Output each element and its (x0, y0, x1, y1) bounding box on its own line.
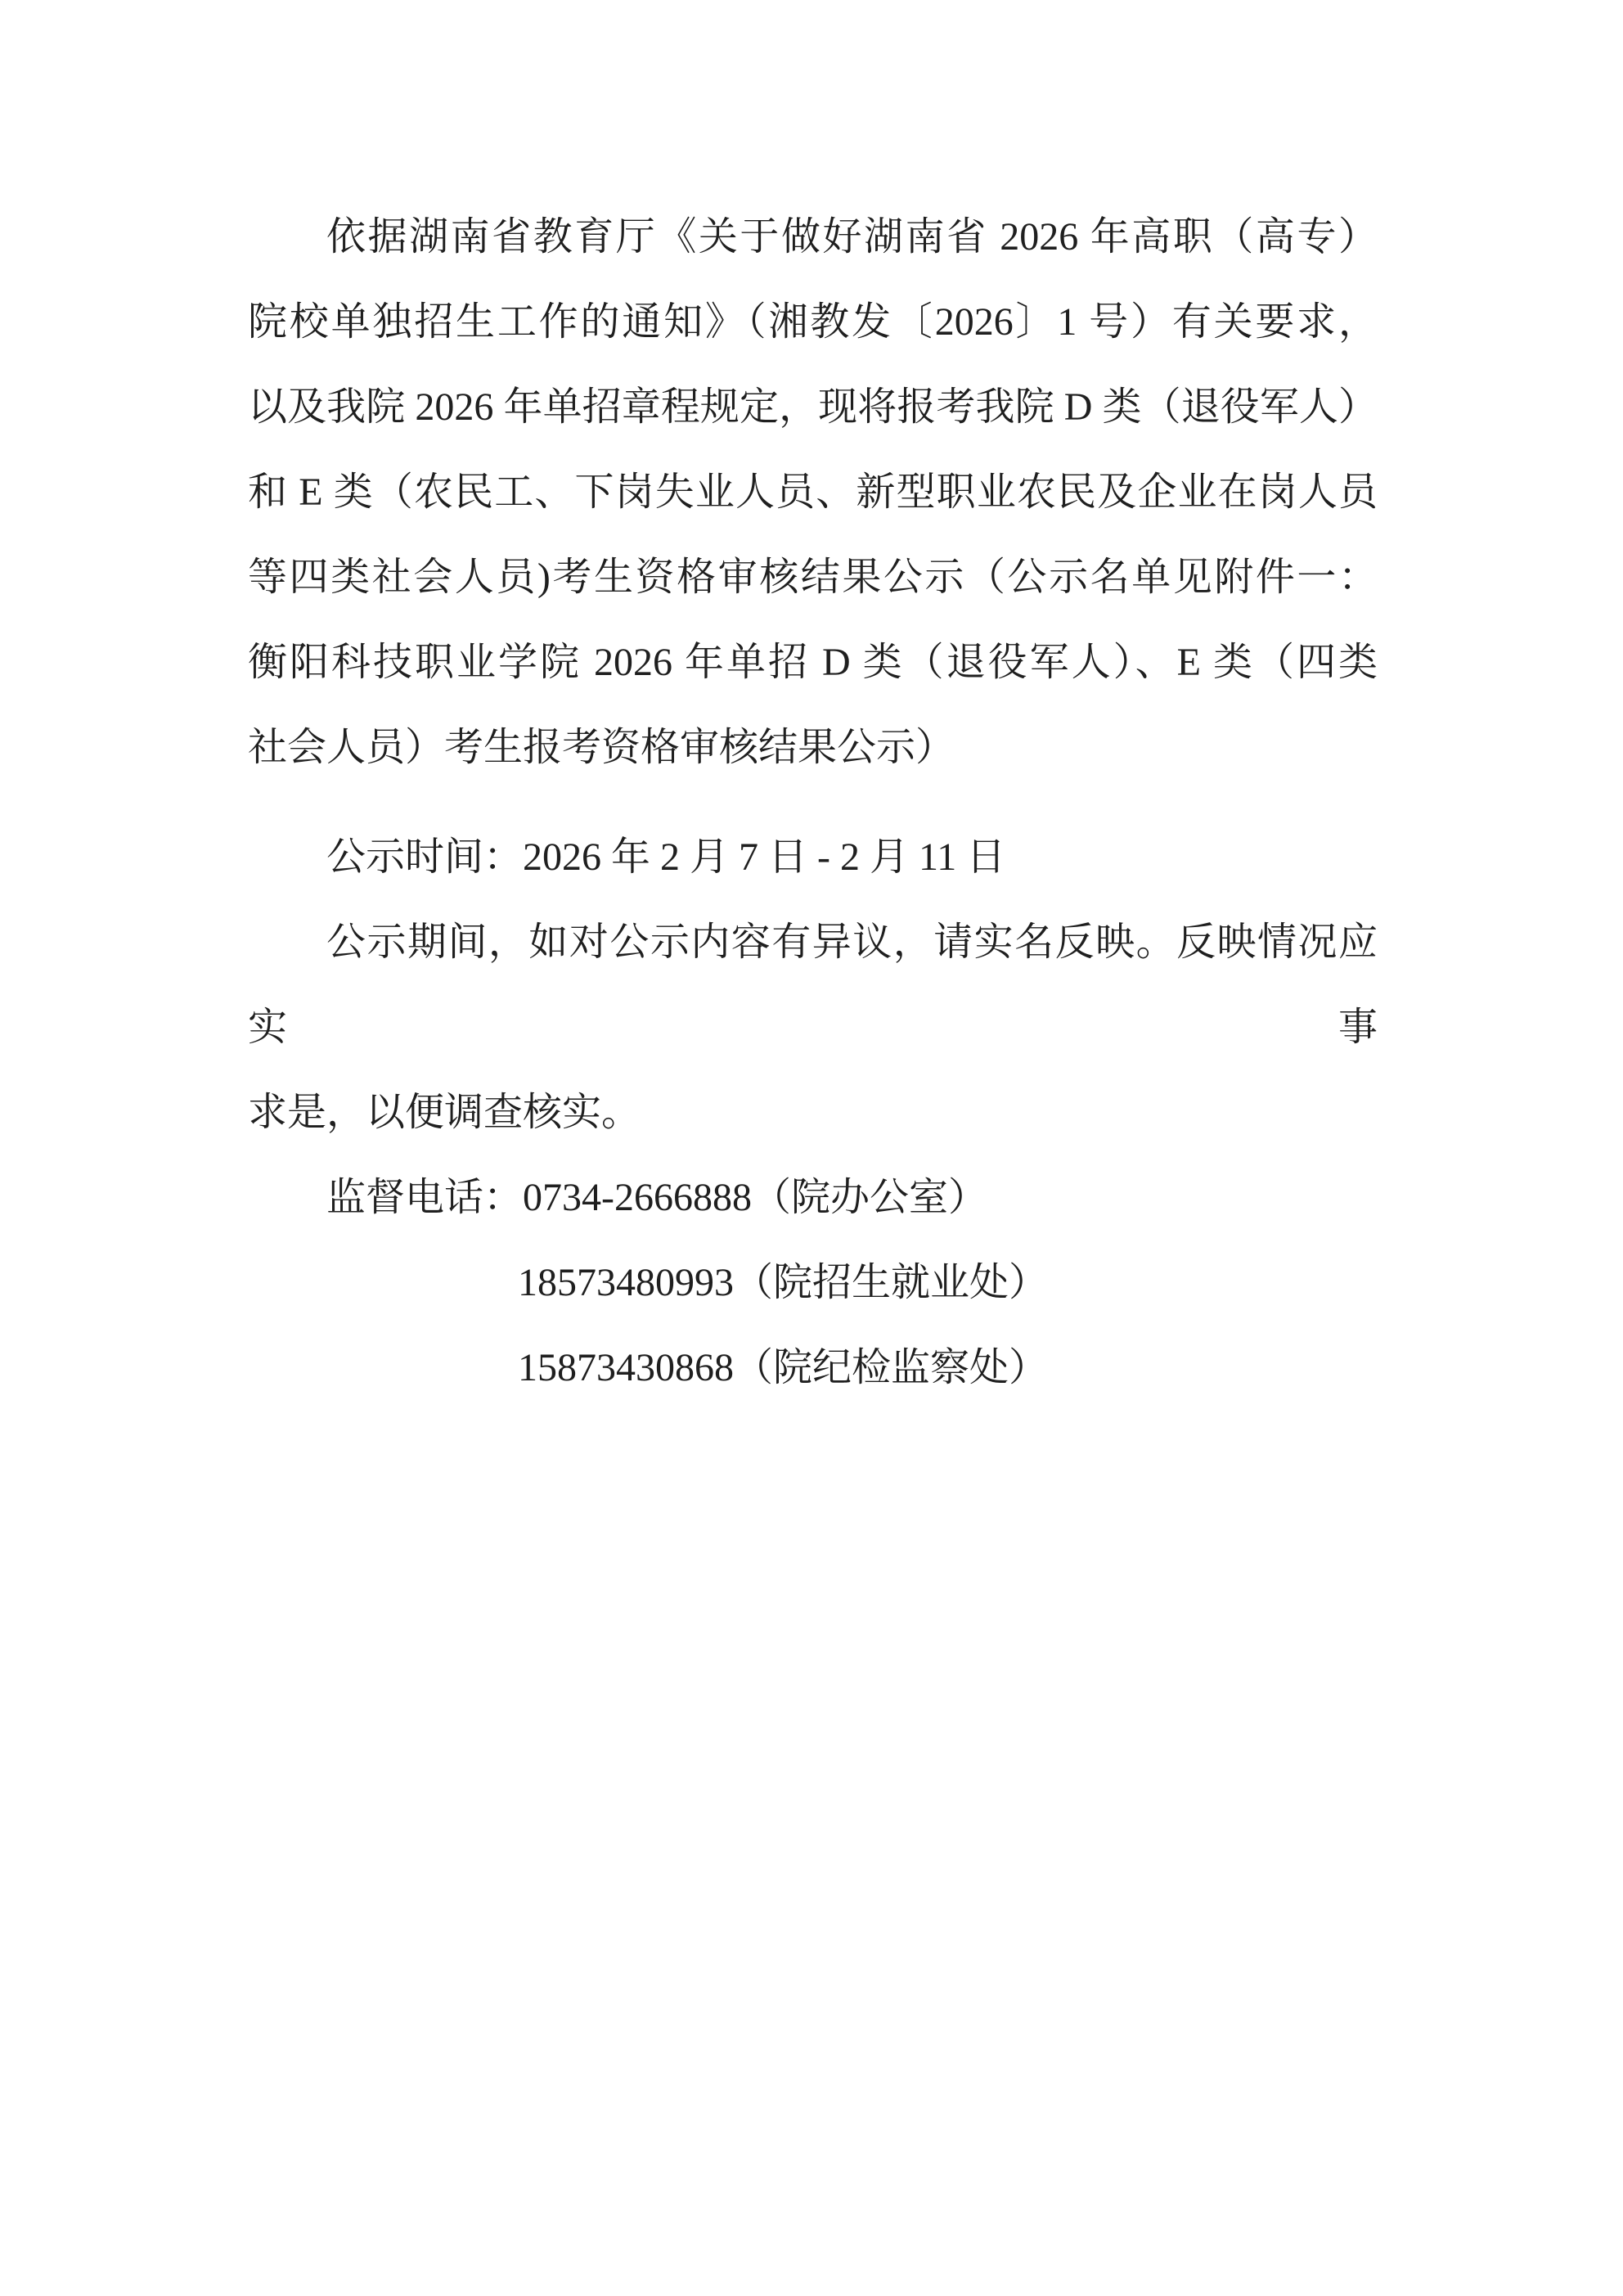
para-supervision: 监督电话：0734-2666888（院办公室） 18573480993（院招生就… (248, 1155, 1378, 1411)
supervision-phone-admissions-line: 18573480993（院招生就业处） (248, 1240, 1378, 1326)
objection-line: 求是，以便调查核实。 (248, 1070, 1378, 1155)
intro-line: 以及我院 2026 年单招章程规定，现将报考我院 D 类（退役军人） (248, 365, 1378, 450)
para-intro: 依据湖南省教育厅《关于做好湖南省 2026 年高职（高专） 院校单独招生工作的通… (248, 195, 1378, 790)
supervision-phone-office-line: 监督电话：0734-2666888（院办公室） (248, 1155, 1378, 1240)
supervision-phone-discipline-line: 15873430868（院纪检监察处） (248, 1326, 1378, 1411)
intro-line: 社会人员）考生报考资格审核结果公示） (248, 705, 1378, 790)
objection-line: 公示期间，如对公示内容有异议，请实名反映。反映情况应实事 (248, 900, 1378, 1070)
intro-line: 等四类社会人员)考生资格审核结果公示（公示名单见附件一： (248, 535, 1378, 620)
document-page: 依据湖南省教育厅《关于做好湖南省 2026 年高职（高专） 院校单独招生工作的通… (0, 0, 1623, 2296)
notice-body: 依据湖南省教育厅《关于做好湖南省 2026 年高职（高专） 院校单独招生工作的通… (248, 195, 1378, 1411)
intro-line: 衡阳科技职业学院 2026 年单招 D 类（退役军人）、E 类（四类 (248, 620, 1378, 705)
intro-line: 依据湖南省教育厅《关于做好湖南省 2026 年高职（高专） (248, 195, 1378, 280)
para-objection: 公示期间，如对公示内容有异议，请实名反映。反映情况应实事 求是，以便调查核实。 (248, 900, 1378, 1155)
intro-line: 院校单独招生工作的通知》（湘教发〔2026〕1 号）有关要求， (248, 280, 1378, 365)
intro-line: 和 E 类（农民工、下岗失业人员、新型职业农民及企业在岗人员 (248, 450, 1378, 535)
publicity-time-line: 公示时间：2026 年 2 月 7 日 - 2 月 11 日 (248, 815, 1378, 900)
